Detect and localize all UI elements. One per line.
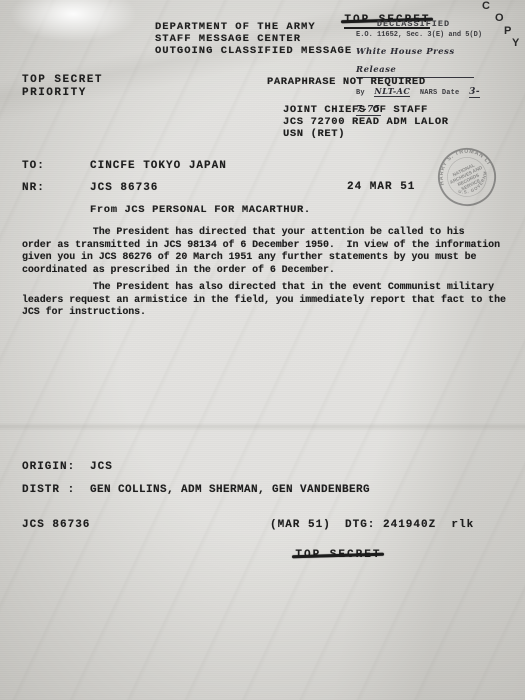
body-paragraph-1: The President has directed that your att… [22, 227, 500, 277]
agency-header: DEPARTMENT OF THE ARMY STAFF MESSAGE CEN… [155, 21, 352, 57]
classification-bottom-text: TOP SECRET [295, 549, 381, 562]
origin-value: JCS [90, 461, 113, 474]
declassified-eo-line: E.O. 11652, Sec. 3(E) and 5(D) [356, 31, 486, 39]
from-line: From JCS PERSONAL FOR MACARTHUR. [90, 204, 311, 217]
footer-message-number: JCS 86736 [22, 519, 90, 532]
nr-value: JCS 86736 [90, 182, 158, 195]
copy-letter-c: C [482, 0, 490, 12]
document-page: TOP SECRET C O P Y DEPARTMENT OF THE ARM… [0, 0, 525, 700]
copy-letter-o: O [495, 12, 504, 24]
declassified-nars-label: NARS Date [420, 89, 460, 97]
copy-letter-y: Y [512, 37, 519, 49]
origin-label: ORIGIN: [22, 461, 75, 474]
archives-round-stamp: HARRY S. TRUMAN LIBRARY U.S. GOVERNMENT … [415, 125, 519, 229]
declassified-stamp: DECLASSIFIED E.O. 11652, Sec. 3(E) and 5… [356, 19, 486, 117]
handwritten-release-note: White House Press Release [356, 47, 455, 75]
copy-letter-p: P [504, 25, 511, 37]
classification-priority-block: TOP SECRET PRIORITY [22, 74, 103, 99]
footer-dtg: DTG: 241940Z rlk [345, 519, 474, 532]
to-label: TO: [22, 160, 45, 173]
classification-bottom: TOP SECRET [261, 536, 381, 574]
nr-label: NR: [22, 182, 45, 195]
declassified-title: DECLASSIFIED [356, 19, 471, 29]
to-value: CINCFE TOKYO JAPAN [90, 160, 227, 173]
declassified-by-label: By [356, 89, 365, 97]
paraphrase-line: PARAPHRASE NOT REQUIRED [267, 76, 426, 88]
jcs-address-block: JOINT CHIEFS OF STAFF JCS 72700 READ ADM… [283, 104, 449, 140]
body-paragraph-2: The President has also directed that in … [22, 282, 506, 320]
distr-value: GEN COLLINS, ADM SHERMAN, GEN VANDENBERG [90, 484, 370, 497]
message-date: 24 MAR 51 [347, 181, 415, 194]
distr-label: DISTR : [22, 484, 75, 497]
footer-month: (MAR 51) [270, 519, 331, 532]
